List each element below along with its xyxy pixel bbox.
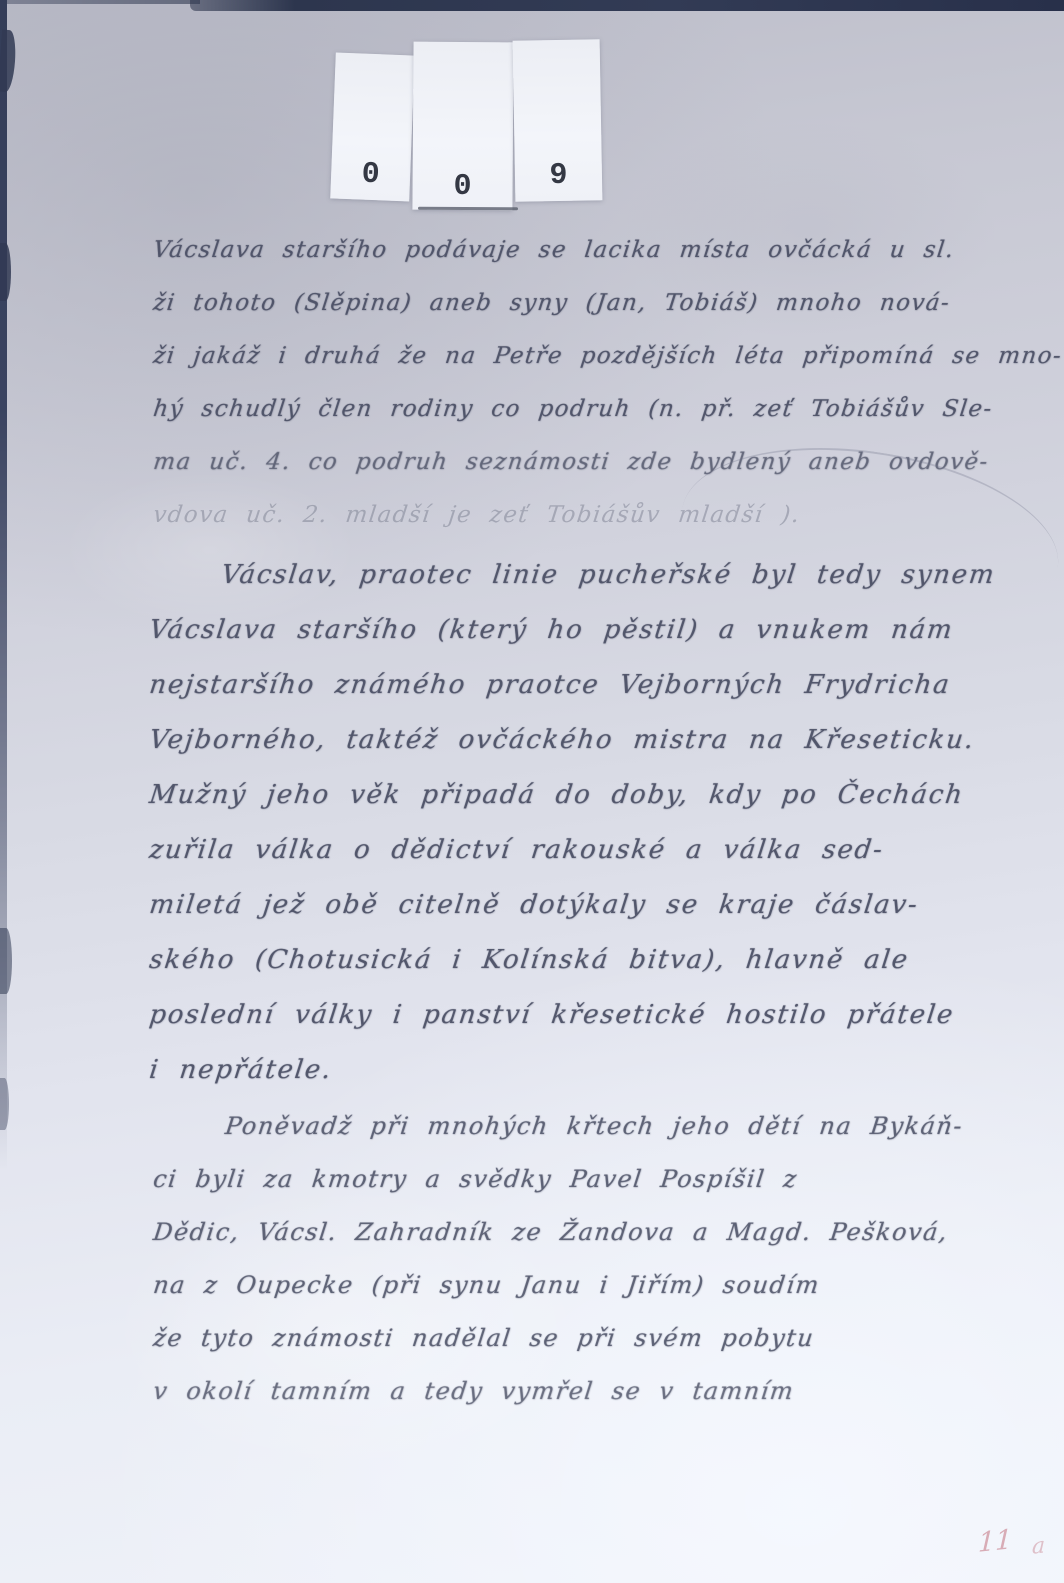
film-edge-artifact [0,928,12,994]
manuscript-photo: 0 0 9 Vácslava staršího podávaje se laci… [0,0,1064,1583]
handwriting-line: ži tohoto (Slěpina) aneb syny (Jan, Tobi… [150,277,1064,330]
handwriting-line: ci byli za kmotry a svědky Pavel Pospíši… [150,1153,966,1206]
handwriting-line: na z Oupecke (při synu Janu i Jiřím) sou… [150,1259,966,1312]
handwriting-paragraph-3: Poněvadž při mnohých křtech jeho dětí na… [150,1100,960,1418]
archive-label-digit: 0 [412,170,512,205]
page-number-mark: 11 [978,1524,1013,1559]
film-edge-top [190,0,1064,11]
handwriting-line: v okolí tamním a tedy vymřel se v tamním [150,1365,966,1418]
handwriting-line: ži jakáž i druhá že na Petře pozdějších … [150,330,1064,383]
archive-label: 9 [513,39,603,201]
handwriting-line: Vejborného, taktéž ovčáckého mistra na K… [146,713,999,768]
handwriting-line: Vácslav, praotec linie pucheřské byl ted… [146,548,999,603]
archive-label: 0 [412,42,513,211]
handwriting-paragraph-2: Vácslav, praotec linie pucheřské byl ted… [146,548,992,1098]
page-letter-mark: a [1032,1533,1046,1560]
handwriting-line: hý schudlý člen rodiny co podruh (n. př.… [150,383,1064,436]
handwriting-line: Mužný jeho věk připadá do doby, kdy po Č… [146,768,999,823]
handwriting-line: Dědic, Vácsl. Zahradník ze Žandova a Mag… [150,1206,966,1259]
handwriting-line: i nepřátele. [146,1043,999,1098]
archive-label: 0 [330,53,415,202]
handwriting-line: Poněvadž při mnohých křtech jeho dětí na… [150,1100,966,1153]
film-edge-artifact [0,243,11,301]
film-edge-left [0,0,7,1170]
handwriting-line: že tyto známosti nadělal se při svém pob… [150,1312,966,1365]
handwriting-line: ského (Chotusická i Kolínská bitva), hla… [146,933,999,988]
label-underline [418,207,518,211]
film-edge-artifact [0,1078,9,1130]
film-edge-artifact [0,30,17,93]
handwriting-line: nejstaršího známého praotce Vejborných F… [146,658,999,713]
archive-label-digit: 0 [331,156,411,193]
handwriting-line: Vácslava staršího podávaje se lacika mís… [150,224,1064,277]
handwriting-line: Vácslava staršího (který ho pěstil) a vn… [146,603,999,658]
handwriting-line: poslední války i panství křesetické host… [146,988,999,1043]
handwriting-line: miletá jež obě citelně dotýkaly se kraje… [146,878,999,933]
film-edge-top-thin [0,0,200,4]
handwriting-line: zuřila válka o dědictví rakouské a válka… [146,823,999,878]
archive-label-digit: 9 [515,158,603,194]
